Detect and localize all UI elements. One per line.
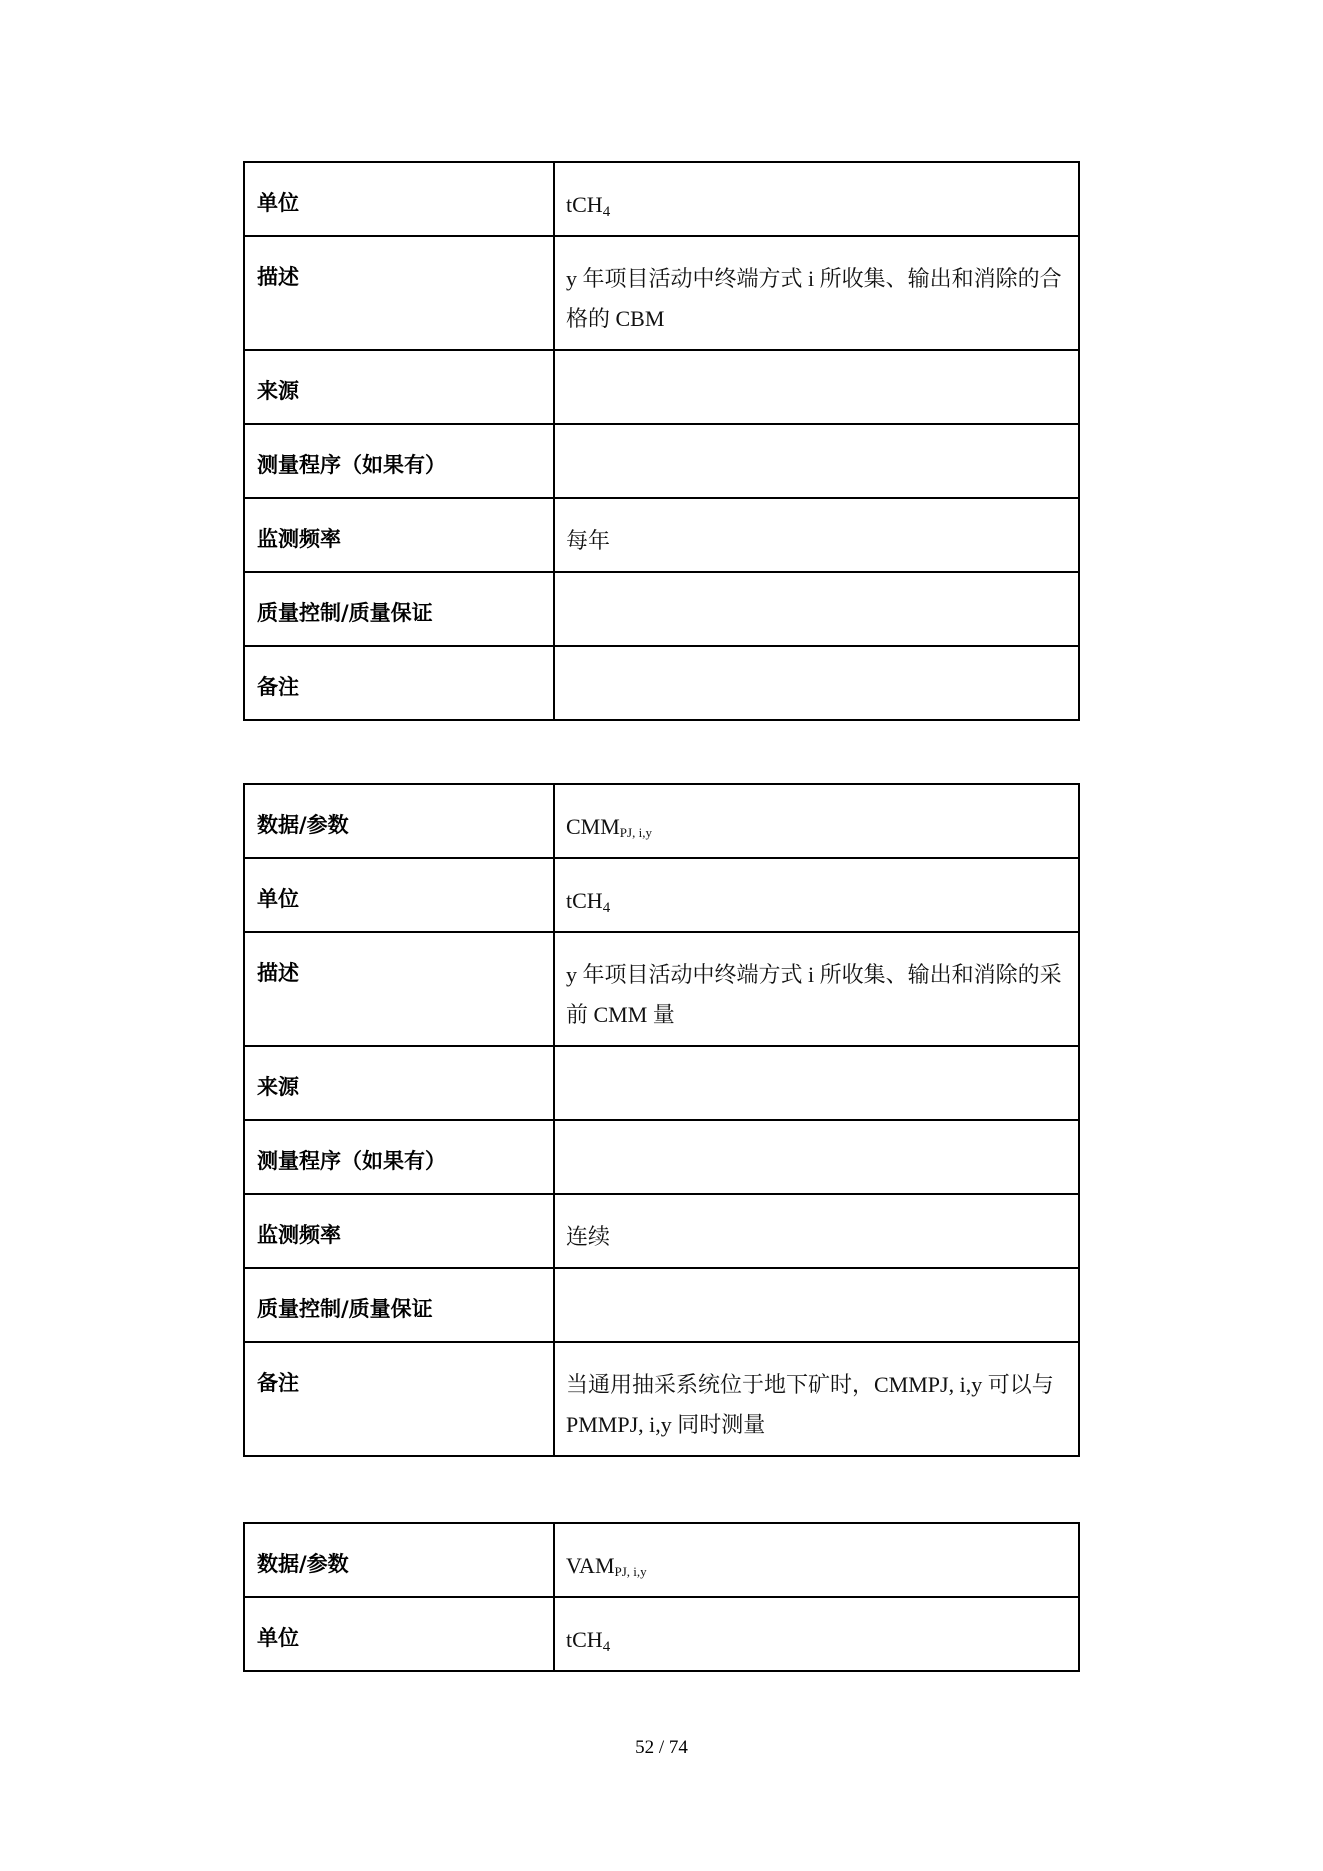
table-row-measurement-procedure: 测量程序（如果有） — [244, 1120, 1079, 1194]
row-label: 来源 — [244, 1046, 554, 1120]
unit-text: tCH — [566, 1627, 603, 1652]
row-value: 每年 — [554, 498, 1079, 572]
row-value — [554, 1268, 1079, 1342]
page-number: 52 / 74 — [0, 1737, 1323, 1759]
row-value: CMMPJ, i,y — [554, 784, 1079, 858]
table-row-description: 描述 y 年项目活动中终端方式 i 所收集、输出和消除的合格的 CBM — [244, 236, 1079, 350]
row-label: 描述 — [244, 932, 554, 1046]
row-value — [554, 572, 1079, 646]
parameter-table-vam: 数据/参数 VAMPJ, i,y 单位 tCH4 — [243, 1522, 1080, 1672]
table-row-unit: 单位 tCH4 — [244, 858, 1079, 932]
unit-subscript: 4 — [603, 204, 611, 220]
table-row-remarks: 备注 — [244, 646, 1079, 720]
parameter-name: CMM — [566, 814, 620, 839]
row-label: 备注 — [244, 646, 554, 720]
row-label: 数据/参数 — [244, 1523, 554, 1597]
table-row-qa-qc: 质量控制/质量保证 — [244, 572, 1079, 646]
unit-text: tCH — [566, 888, 603, 913]
table-row-parameter: 数据/参数 VAMPJ, i,y — [244, 1523, 1079, 1597]
row-label: 单位 — [244, 1597, 554, 1671]
table-row-monitoring-frequency: 监测频率 每年 — [244, 498, 1079, 572]
row-value: tCH4 — [554, 1597, 1079, 1671]
row-label: 测量程序（如果有） — [244, 424, 554, 498]
row-value: y 年项目活动中终端方式 i 所收集、输出和消除的采前 CMM 量 — [554, 932, 1079, 1046]
row-label: 监测频率 — [244, 1194, 554, 1268]
table-row-remarks: 备注 当通用抽采系统位于地下矿时，CMMPJ, i,y 可以与PMMPJ, i,… — [244, 1342, 1079, 1456]
parameter-table-cbm: 单位 tCH4 描述 y 年项目活动中终端方式 i 所收集、输出和消除的合格的 … — [243, 161, 1080, 721]
row-label: 备注 — [244, 1342, 554, 1456]
row-label: 单位 — [244, 162, 554, 236]
unit-text: tCH — [566, 192, 603, 217]
row-value: 当通用抽采系统位于地下矿时，CMMPJ, i,y 可以与PMMPJ, i,y 同… — [554, 1342, 1079, 1456]
row-value: VAMPJ, i,y — [554, 1523, 1079, 1597]
row-value: tCH4 — [554, 162, 1079, 236]
row-label: 测量程序（如果有） — [244, 1120, 554, 1194]
row-label: 质量控制/质量保证 — [244, 572, 554, 646]
table-row-unit: 单位 tCH4 — [244, 1597, 1079, 1671]
row-value — [554, 646, 1079, 720]
row-value — [554, 1046, 1079, 1120]
row-value: 连续 — [554, 1194, 1079, 1268]
unit-subscript: 4 — [603, 1639, 611, 1655]
parameter-name: VAM — [566, 1553, 615, 1578]
row-value — [554, 424, 1079, 498]
table-row-source: 来源 — [244, 1046, 1079, 1120]
parameter-table-cmm: 数据/参数 CMMPJ, i,y 单位 tCH4 描述 y 年项目活动中终端方式… — [243, 783, 1080, 1457]
row-value: y 年项目活动中终端方式 i 所收集、输出和消除的合格的 CBM — [554, 236, 1079, 350]
table-row-qa-qc: 质量控制/质量保证 — [244, 1268, 1079, 1342]
parameter-subscript: PJ, i,y — [620, 825, 652, 840]
table-row-monitoring-frequency: 监测频率 连续 — [244, 1194, 1079, 1268]
row-value: tCH4 — [554, 858, 1079, 932]
table-row-parameter: 数据/参数 CMMPJ, i,y — [244, 784, 1079, 858]
row-label: 单位 — [244, 858, 554, 932]
row-value — [554, 350, 1079, 424]
table-row-source: 来源 — [244, 350, 1079, 424]
row-value — [554, 1120, 1079, 1194]
parameter-subscript: PJ, i,y — [615, 1564, 647, 1579]
table-row-measurement-procedure: 测量程序（如果有） — [244, 424, 1079, 498]
row-label: 来源 — [244, 350, 554, 424]
row-label: 质量控制/质量保证 — [244, 1268, 554, 1342]
table-row-unit: 单位 tCH4 — [244, 162, 1079, 236]
row-label: 监测频率 — [244, 498, 554, 572]
table-row-description: 描述 y 年项目活动中终端方式 i 所收集、输出和消除的采前 CMM 量 — [244, 932, 1079, 1046]
unit-subscript: 4 — [603, 900, 611, 916]
row-label: 数据/参数 — [244, 784, 554, 858]
row-label: 描述 — [244, 236, 554, 350]
